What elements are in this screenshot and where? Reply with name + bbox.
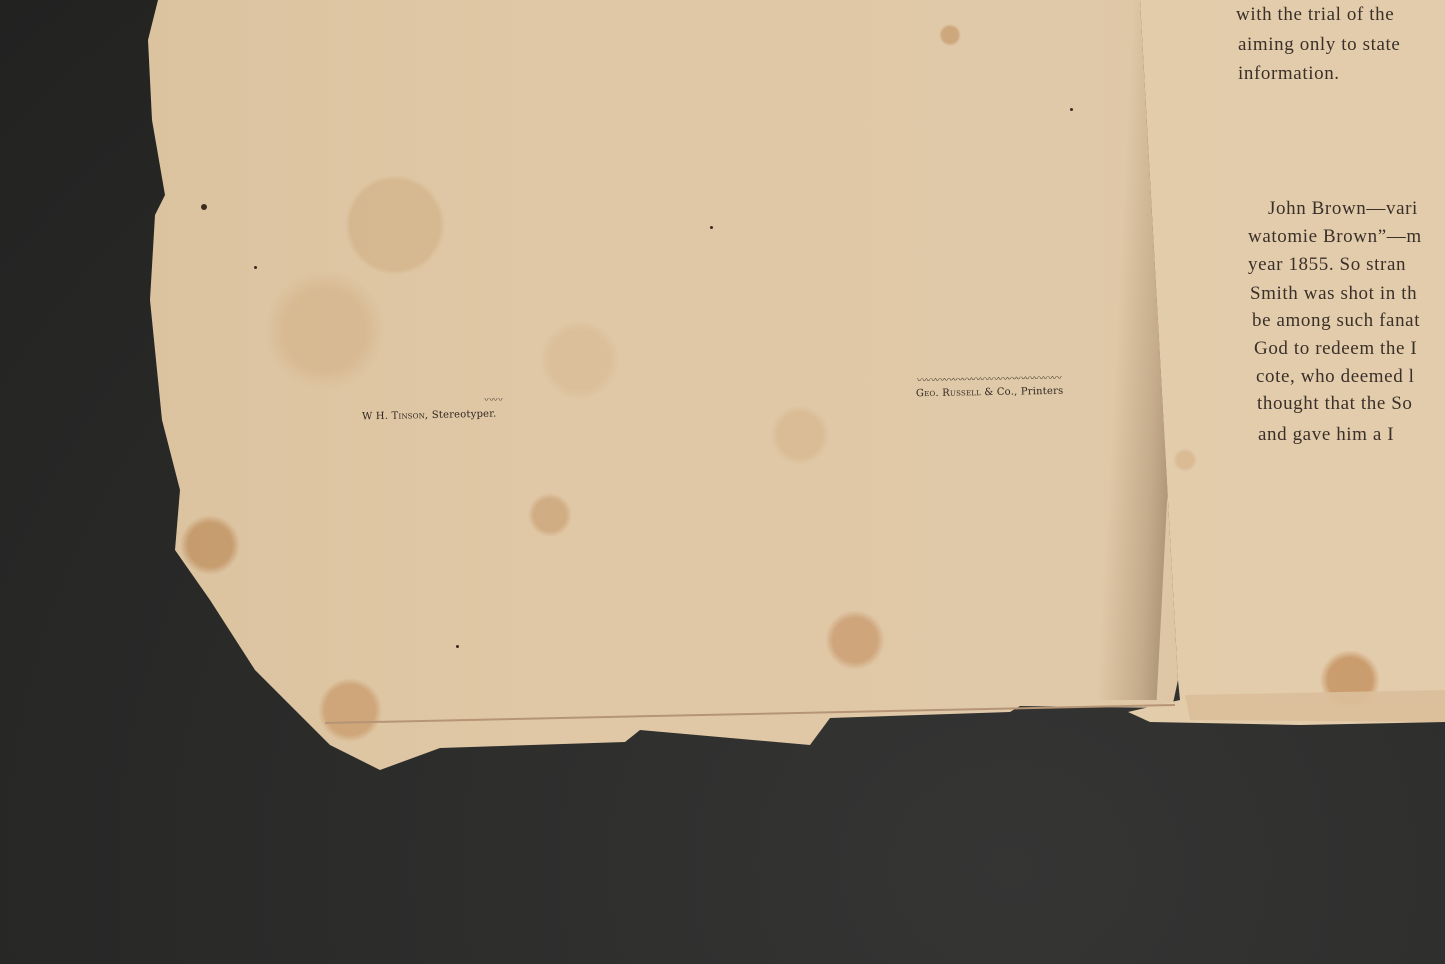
text-line: John Brown—vari: [1268, 198, 1418, 220]
text-line: information.: [1238, 63, 1340, 85]
text-line: God to redeem the I: [1254, 338, 1417, 360]
stereotyper-initials: W H.: [362, 411, 388, 423]
text-line: year 1855. So stran: [1248, 254, 1406, 276]
ornament-rule-left: 〰〰: [484, 398, 516, 404]
ink-speck: [1070, 108, 1073, 111]
text-line: watomie Brown”—m: [1248, 226, 1422, 248]
ink-speck: [201, 204, 207, 210]
text-line: thought that the So: [1257, 393, 1412, 415]
text-line: and gave him a I: [1258, 424, 1394, 446]
printer-company: & Co.,: [984, 387, 1017, 399]
ink-speck: [456, 645, 459, 648]
text-line: cote, who deemed l: [1256, 366, 1415, 388]
text-line: with the trial of the: [1236, 4, 1394, 26]
ink-speck: [710, 226, 713, 229]
text-line: aiming only to state: [1238, 34, 1400, 56]
stereotyper-role: Stereotyper.: [432, 409, 497, 421]
ink-speck: [254, 266, 257, 269]
printer-role: Printers: [1021, 386, 1064, 398]
text-line: be among such fanat: [1252, 310, 1420, 332]
stereotyper-name: Tinson,: [391, 410, 428, 422]
text-line: Smith was shot in th: [1250, 283, 1417, 305]
printer-name: Geo. Russell: [916, 387, 981, 399]
